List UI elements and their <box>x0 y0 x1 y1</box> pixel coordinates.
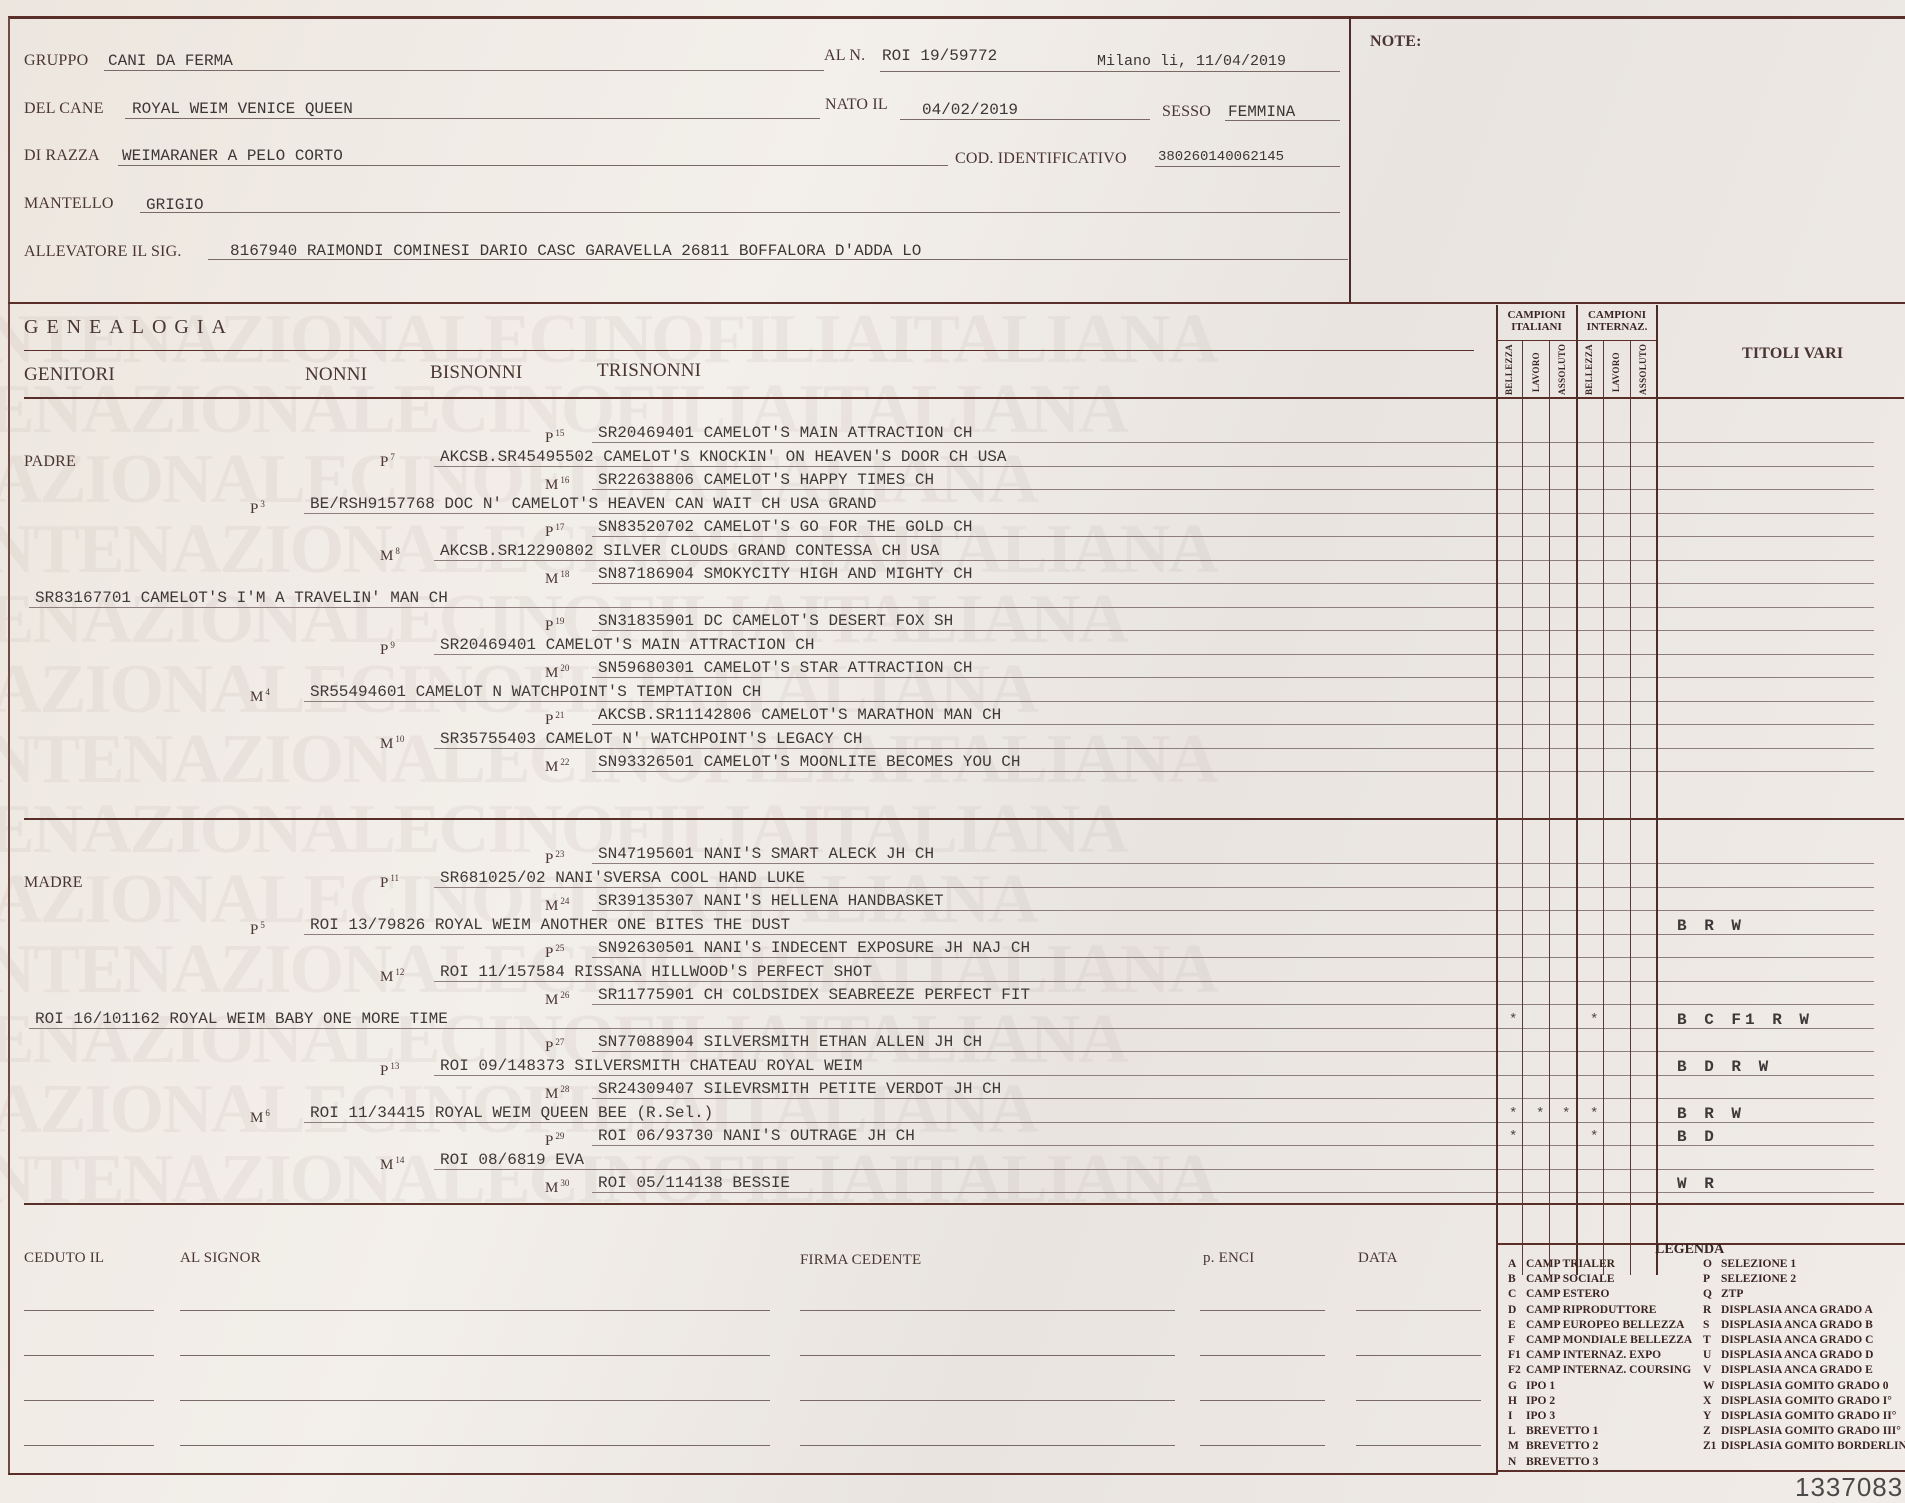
grid-line <box>1656 305 1658 1275</box>
ancestor-number: 18 <box>560 569 569 579</box>
legend-item: HIPO 2 <box>1508 1394 1692 1409</box>
col-nonni: NONNI <box>305 364 367 386</box>
ancestor-number: 12 <box>395 967 404 977</box>
legend-item: WDISPLASIA GOMITO GRADO 0 <box>1703 1379 1905 1394</box>
legend-key: F2 <box>1508 1363 1526 1378</box>
ancestor-position-tag: M8 <box>380 546 400 565</box>
legend-description: SELEZIONE 1 <box>1721 1258 1796 1270</box>
ancestor-number: 13 <box>390 1061 399 1071</box>
ancestor-number: 29 <box>555 1131 564 1141</box>
legend-item: ECAMP EUROPEO BELLEZZA <box>1508 1318 1692 1333</box>
ancestor-sex-tag: M <box>380 548 393 564</box>
subcol-assoluto-int: ASSOLUTO <box>1638 345 1648 395</box>
titoli-vari-value: B R W <box>1677 1105 1745 1123</box>
ancestor-underline <box>592 583 1874 584</box>
ancestor-sex-tag: M <box>545 1180 558 1196</box>
cod-identificativo-label: COD. IDENTIFICATIVO <box>955 150 1127 168</box>
legend-item: ZDISPLASIA GOMITO GRADO III° <box>1703 1424 1905 1439</box>
transfer-entry-line <box>24 1400 154 1401</box>
transfer-entry-line <box>1200 1400 1325 1401</box>
ancestor-underline <box>29 1028 1874 1029</box>
ancestor-number: 25 <box>555 943 564 953</box>
legend-description: DISPLASIA GOMITO BORDERLINE <box>1721 1440 1905 1452</box>
ancestor-underline <box>434 560 1874 561</box>
transfer-entry-line <box>1200 1310 1325 1311</box>
legend-item: TDISPLASIA ANCA GRADO C <box>1703 1333 1905 1348</box>
transfer-entry-line <box>800 1400 1175 1401</box>
ancestor-name: ROI 05/114138 BESSIE <box>598 1174 790 1192</box>
ancestor-position-tag: M16 <box>545 475 569 494</box>
ancestor-underline <box>592 630 1874 631</box>
legend-description: DISPLASIA ANCA GRADO D <box>1721 1349 1873 1361</box>
champion-star-icon: * <box>1509 1106 1517 1122</box>
note-label: NOTE: <box>1370 33 1422 51</box>
ancestor-number: 8 <box>395 546 400 556</box>
grid-line <box>1522 340 1523 1275</box>
underline <box>1225 120 1340 121</box>
legend-item: RDISPLASIA ANCA GRADO A <box>1703 1303 1905 1318</box>
legend-description: CAMP TRIALER <box>1526 1258 1615 1270</box>
ancestor-number: 24 <box>560 896 569 906</box>
grid-line <box>1603 340 1604 1275</box>
legend-description: CAMP MONDIALE BELLEZZA <box>1526 1334 1692 1346</box>
grid-line <box>1549 340 1550 1275</box>
ancestor-underline <box>592 957 1874 958</box>
ancestor-number: 26 <box>560 990 569 1000</box>
col-trisnonni: TRISNONNI <box>597 360 701 382</box>
ancestor-sex-tag: M <box>545 665 558 681</box>
ancestor-number: 6 <box>265 1108 270 1118</box>
ancestor-position-tag: M12 <box>380 967 404 986</box>
ancestor-position-tag: M4 <box>250 687 270 706</box>
legend-key: Z1 <box>1703 1439 1721 1454</box>
legend-description: IPO 3 <box>1526 1410 1555 1422</box>
ancestor-name: ROI 11/34415 ROYAL WEIM QUEEN BEE (R.Sel… <box>310 1104 713 1122</box>
legend-key: U <box>1703 1348 1721 1363</box>
col-genitori: GENITORI <box>24 364 115 386</box>
gruppo-label: GRUPPO <box>24 52 88 70</box>
ancestor-name: ROI 06/93730 NANI'S OUTRAGE JH CH <box>598 1127 915 1145</box>
serial-number: 1337083 <box>1795 1472 1903 1503</box>
ancestor-sex-tag: P <box>380 642 388 658</box>
ancestor-position-tag: M20 <box>545 663 569 682</box>
genealogy-title: GENEALOGIA <box>24 316 234 339</box>
legend-item: CCAMP ESTERO <box>1508 1287 1692 1302</box>
legend-item: SDISPLASIA ANCA GRADO B <box>1703 1318 1905 1333</box>
ancestor-name: SR39135307 NANI'S HELLENA HANDBASKET <box>598 892 944 910</box>
ancestor-number: 16 <box>560 475 569 485</box>
transfer-entry-line <box>180 1400 770 1401</box>
padre-label: PADRE <box>24 453 76 471</box>
legend-description: IPO 2 <box>1526 1395 1555 1407</box>
champion-star-icon: * <box>1536 1106 1544 1122</box>
legend-description: BREVETTO 3 <box>1526 1456 1598 1468</box>
legend-item: XDISPLASIA GOMITO GRADO I° <box>1703 1394 1905 1409</box>
del-cane-label: DEL CANE <box>24 100 104 118</box>
ancestor-underline <box>434 1169 1874 1170</box>
legend-item: Z1DISPLASIA GOMITO BORDERLINE <box>1703 1439 1905 1454</box>
ancestor-sex-tag: P <box>380 454 388 470</box>
legend-item: YDISPLASIA GOMITO GRADO II° <box>1703 1409 1905 1424</box>
ancestor-underline <box>434 466 1874 467</box>
ancestor-sex-tag: M <box>545 992 558 1008</box>
legend-left-column: ACAMP TRIALERBCAMP SOCIALECCAMP ESTERODC… <box>1508 1257 1692 1470</box>
ancestor-number: 4 <box>265 687 270 697</box>
ancestor-position-tag: P27 <box>545 1037 564 1056</box>
transfer-entry-line <box>180 1355 770 1356</box>
ancestor-underline <box>304 934 1874 935</box>
ancestor-sex-tag: M <box>250 689 263 705</box>
nato-il-label: NATO IL <box>825 96 888 114</box>
ancestor-position-tag: P11 <box>380 873 399 892</box>
ancestor-sex-tag: P <box>545 945 553 961</box>
legend-description: DISPLASIA ANCA GRADO B <box>1721 1319 1873 1331</box>
ancestor-position-tag: P3 <box>250 499 265 518</box>
transfer-entry-line <box>800 1310 1175 1311</box>
subcol-bellezza-int: BELLEZZA <box>1584 347 1594 395</box>
ancestor-name: AKCSB.SR12290802 SILVER CLOUDS GRAND CON… <box>440 542 939 560</box>
ancestor-sex-tag: P <box>545 712 553 728</box>
legend-key: N <box>1508 1455 1526 1470</box>
ancestor-sex-tag: M <box>250 1110 263 1126</box>
transfer-entry-line <box>1200 1445 1325 1446</box>
ancestor-number: 3 <box>260 499 265 509</box>
ancestor-number: 20 <box>560 663 569 673</box>
ancestor-position-tag: P7 <box>380 452 395 471</box>
ancestor-position-tag: P25 <box>545 943 564 962</box>
legend-item: IIPO 3 <box>1508 1409 1692 1424</box>
titoli-vari-value: B R W <box>1677 917 1745 935</box>
transfer-entry-line <box>24 1355 154 1356</box>
header-underline <box>24 397 1904 399</box>
ancestor-sex-tag: P <box>380 1063 388 1079</box>
legend-description: CAMP EUROPEO BELLEZZA <box>1526 1319 1684 1331</box>
ancestor-underline <box>592 771 1874 772</box>
transfer-entry-line <box>800 1445 1175 1446</box>
ancestor-underline <box>592 442 1874 443</box>
legend-description: BREVETTO 2 <box>1526 1440 1598 1452</box>
ancestor-sex-tag: M <box>380 736 393 752</box>
ancestor-sex-tag: P <box>380 875 388 891</box>
legend-item: DCAMP RIPRODUTTORE <box>1508 1303 1692 1318</box>
microchip-code: 380260140062145 <box>1158 149 1284 165</box>
ancestor-underline <box>434 654 1874 655</box>
subcol-bellezza-it: BELLEZZA <box>1504 347 1514 395</box>
grid-line <box>1576 305 1578 1275</box>
ancestor-underline <box>592 1051 1874 1052</box>
legend-key: E <box>1508 1318 1526 1333</box>
ancestor-sex-tag: P <box>545 1039 553 1055</box>
ancestor-sex-tag: P <box>545 618 553 634</box>
ancestor-sex-tag: M <box>380 969 393 985</box>
legend-item: VDISPLASIA ANCA GRADO E <box>1703 1363 1905 1378</box>
sesso-label: SESSO <box>1162 103 1211 121</box>
legend-description: DISPLASIA ANCA GRADO E <box>1721 1364 1873 1376</box>
ancestor-name: SN87186904 SMOKYCITY HIGH AND MIGHTY CH <box>598 565 972 583</box>
ancestor-position-tag: M28 <box>545 1084 569 1103</box>
ancestor-position-tag: P17 <box>545 522 564 541</box>
underline <box>880 71 1340 72</box>
di-razza-label: DI RAZZA <box>24 147 100 165</box>
ancestor-number: 10 <box>395 734 404 744</box>
ancestor-underline <box>434 748 1874 749</box>
subcol-assoluto-it: ASSOLUTO <box>1557 345 1567 395</box>
ancestor-number: 23 <box>555 849 564 859</box>
ancestor-name: ROI 08/6819 EVA <box>440 1151 584 1169</box>
subcol-lavoro-int: LAVORO <box>1611 352 1621 392</box>
ancestor-position-tag: P13 <box>380 1061 399 1080</box>
legend-key: D <box>1508 1303 1526 1318</box>
ancestor-number: 5 <box>260 920 265 930</box>
p-enci-label: p. ENCI <box>1203 1250 1254 1267</box>
ancestor-name: SN77088904 SILVERSMITH ETHAN ALLEN JH CH <box>598 1033 982 1051</box>
ancestor-number: 28 <box>560 1084 569 1094</box>
ancestor-name: SN83520702 CAMELOT'S GO FOR THE GOLD CH <box>598 518 972 536</box>
birth-date: 04/02/2019 <box>922 101 1018 119</box>
ancestor-name: ROI 16/101162 ROYAL WEIM BABY ONE MORE T… <box>35 1010 448 1028</box>
legend-right-column: OSELEZIONE 1PSELEZIONE 2QZTPRDISPLASIA A… <box>1703 1257 1905 1455</box>
transfer-entry-line <box>24 1310 154 1311</box>
breed-value: WEIMARANER A PELO CORTO <box>122 147 343 165</box>
legend-item: MBREVETTO 2 <box>1508 1439 1692 1454</box>
firma-cedente-label: FIRMA CEDENTE <box>800 1252 921 1269</box>
ancestor-sex-tag: P <box>250 922 258 938</box>
legend-key: O <box>1703 1257 1721 1272</box>
legend-key: Z <box>1703 1424 1721 1439</box>
transfer-entry-line <box>1356 1400 1481 1401</box>
al-signor-label: AL SIGNOR <box>180 1250 261 1267</box>
ancestor-position-tag: M22 <box>545 757 569 776</box>
ancestor-name: ROI 13/79826 ROYAL WEIM ANOTHER ONE BITE… <box>310 916 790 934</box>
legend-description: DISPLASIA GOMITO GRADO III° <box>1721 1425 1901 1437</box>
champion-star-icon: * <box>1590 1129 1598 1145</box>
legend-key: S <box>1703 1318 1721 1333</box>
legend-item: OSELEZIONE 1 <box>1703 1257 1905 1272</box>
ancestor-position-tag: P29 <box>545 1131 564 1150</box>
legend-item: GIPO 1 <box>1508 1379 1692 1394</box>
section-divider <box>8 302 1905 304</box>
legend-description: CAMP INTERNAZ. COURSING <box>1526 1364 1691 1376</box>
ancestor-name: SN93326501 CAMELOT'S MOONLITE BECOMES YO… <box>598 753 1020 771</box>
ancestor-number: 19 <box>555 616 564 626</box>
registration-number: ROI 19/59772 <box>882 47 997 65</box>
champion-star-icon: * <box>1590 1106 1598 1122</box>
ancestor-underline <box>592 910 1874 911</box>
ancestor-sex-tag: P <box>545 430 553 446</box>
legend-key: H <box>1508 1394 1526 1409</box>
legend-key: Y <box>1703 1409 1721 1424</box>
champion-star-icon: * <box>1509 1129 1517 1145</box>
ancestor-position-tag: M14 <box>380 1155 404 1174</box>
campioni-internaz-header: CAMPIONI INTERNAZ. <box>1578 309 1656 333</box>
legend-description: CAMP SOCIALE <box>1526 1273 1615 1285</box>
ancestor-sex-tag: P <box>545 851 553 867</box>
legend-description: DISPLASIA GOMITO GRADO 0 <box>1721 1380 1889 1392</box>
ancestor-sex-tag: P <box>545 524 553 540</box>
transfer-entry-line <box>180 1445 770 1446</box>
ancestor-underline <box>304 513 1874 514</box>
underline <box>1155 166 1340 167</box>
ancestor-number: 11 <box>390 873 399 883</box>
transfer-entry-line <box>800 1355 1175 1356</box>
ancestor-position-tag: P15 <box>545 428 564 447</box>
ancestor-name: SR83167701 CAMELOT'S I'M A TRAVELIN' MAN… <box>35 589 448 607</box>
legend-description: SELEZIONE 2 <box>1721 1273 1796 1285</box>
transfer-entry-line <box>24 1445 154 1446</box>
legend-description: BREVETTO 1 <box>1526 1425 1598 1437</box>
grid-line <box>1630 340 1631 1275</box>
legend-key: I <box>1508 1409 1526 1424</box>
legend-key: F1 <box>1508 1348 1526 1363</box>
ancestor-underline <box>304 1122 1874 1123</box>
transfer-entry-line <box>1356 1445 1481 1446</box>
ancestor-name: SR24309407 SILEVRSMITH PETITE VERDOT JH … <box>598 1080 1001 1098</box>
legend-item: PSELEZIONE 2 <box>1703 1272 1905 1287</box>
underline <box>118 165 948 166</box>
ancestor-sex-tag: M <box>545 1086 558 1102</box>
ancestor-position-tag: P23 <box>545 849 564 868</box>
al-n-label: AL N. <box>824 47 865 65</box>
transfer-entry-line <box>1356 1310 1481 1311</box>
ancestor-number: 14 <box>395 1155 404 1165</box>
ancestor-sex-tag: M <box>545 898 558 914</box>
legend-description: DISPLASIA GOMITO GRADO II° <box>1721 1410 1896 1422</box>
ancestor-sex-tag: P <box>250 501 258 517</box>
ancestor-number: 7 <box>390 452 395 462</box>
madre-label: MADRE <box>24 874 83 892</box>
underline <box>208 259 1348 260</box>
ancestor-sex-tag: M <box>380 1157 393 1173</box>
ancestor-name: AKCSB.SR45495502 CAMELOT'S KNOCKIN' ON H… <box>440 448 1007 466</box>
ancestor-underline <box>304 701 1874 702</box>
titoli-vari-value: B C F1 R W <box>1677 1011 1813 1029</box>
ancestor-name: SN59680301 CAMELOT'S STAR ATTRACTION CH <box>598 659 972 677</box>
legend-item: F2CAMP INTERNAZ. COURSING <box>1508 1363 1692 1378</box>
legend-key: X <box>1703 1394 1721 1409</box>
data-label: DATA <box>1358 1250 1398 1267</box>
legend-key: P <box>1703 1272 1721 1287</box>
legend-item: ACAMP TRIALER <box>1508 1257 1692 1272</box>
ancestor-position-tag: M26 <box>545 990 569 1009</box>
underline <box>125 118 820 119</box>
titoli-vari-value: B D R W <box>1677 1058 1772 1076</box>
legend-description: CAMP ESTERO <box>1526 1288 1609 1300</box>
legend-description: DISPLASIA GOMITO GRADO I° <box>1721 1395 1892 1407</box>
legend-description: CAMP RIPRODUTTORE <box>1526 1304 1656 1316</box>
underline <box>900 119 1150 120</box>
ancestor-position-tag: P5 <box>250 920 265 939</box>
legend-key: V <box>1703 1363 1721 1378</box>
ancestor-name: BE/RSH9157768 DOC N' CAMELOT'S HEAVEN CA… <box>310 495 877 513</box>
champion-star-icon: * <box>1590 1012 1598 1028</box>
padre-madre-divider <box>24 818 1904 820</box>
legend-key: W <box>1703 1379 1721 1394</box>
legend-description: ZTP <box>1721 1288 1743 1300</box>
header-divider <box>1349 16 1351 302</box>
ancestor-position-tag: M6 <box>250 1108 270 1127</box>
ancestor-underline <box>592 863 1874 864</box>
ancestor-name: SR35755403 CAMELOT N' WATCHPOINT'S LEGAC… <box>440 730 862 748</box>
ancestor-number: 21 <box>555 710 564 720</box>
grid-line <box>1496 305 1498 1475</box>
ancestor-underline <box>592 1004 1874 1005</box>
bottom-border <box>8 1473 1498 1475</box>
legend-description: CAMP INTERNAZ. EXPO <box>1526 1349 1661 1361</box>
col-bisnonni: BISNONNI <box>430 362 522 384</box>
ancestor-position-tag: M24 <box>545 896 569 915</box>
ancestor-position-tag: M18 <box>545 569 569 588</box>
place-date: Milano li, 11/04/2019 <box>1097 53 1286 70</box>
titoli-vari-value: W R <box>1677 1175 1718 1193</box>
ancestor-name: SR20469401 CAMELOT'S MAIN ATTRACTION CH <box>440 636 814 654</box>
legend-key: T <box>1703 1333 1721 1348</box>
ancestor-sex-tag: M <box>545 477 558 493</box>
legend-key: A <box>1508 1257 1526 1272</box>
ancestor-name: SR681025/02 NANI'SVERSA COOL HAND LUKE <box>440 869 805 887</box>
titoli-vari-header: TITOLI VARI <box>1742 345 1843 363</box>
transfer-entry-line <box>1356 1355 1481 1356</box>
champion-star-icon: * <box>1562 1106 1570 1122</box>
legend-description: DISPLASIA ANCA GRADO A <box>1721 1304 1873 1316</box>
ancestor-underline <box>592 1098 1874 1099</box>
ancestor-position-tag: M10 <box>380 734 404 753</box>
legend-key: F <box>1508 1333 1526 1348</box>
ancestor-position-tag: P21 <box>545 710 564 729</box>
legend-item: QZTP <box>1703 1287 1905 1302</box>
ancestor-position-tag: P9 <box>380 640 395 659</box>
legend-key: Q <box>1703 1287 1721 1302</box>
dog-name: ROYAL WEIM VENICE QUEEN <box>132 100 353 118</box>
breeder-value: 8167940 RAIMONDI COMINESI DARIO CASC GAR… <box>230 242 921 260</box>
ancestor-name: AKCSB.SR11142806 CAMELOT'S MARATHON MAN … <box>598 706 1001 724</box>
legend-key: B <box>1508 1272 1526 1287</box>
ancestor-name: SR20469401 CAMELOT'S MAIN ATTRACTION CH <box>598 424 972 442</box>
genealogy-bottom-line <box>24 1203 1904 1205</box>
mantello-label: MANTELLO <box>24 195 114 213</box>
legend-key: C <box>1508 1287 1526 1302</box>
underline <box>140 212 1340 213</box>
legend-item: LBREVETTO 1 <box>1508 1424 1692 1439</box>
champion-star-icon: * <box>1509 1012 1517 1028</box>
legend-key: R <box>1703 1303 1721 1318</box>
underline <box>104 70 824 71</box>
ancestor-number: 30 <box>560 1178 569 1188</box>
ancestor-sex-tag: M <box>545 571 558 587</box>
allevatore-label: ALLEVATORE IL SIG. <box>24 243 182 261</box>
ancestor-name: SR55494601 CAMELOT N WATCHPOINT'S TEMPTA… <box>310 683 761 701</box>
ancestor-underline <box>29 607 1874 608</box>
ancestor-position-tag: P19 <box>545 616 564 635</box>
ancestor-number: 17 <box>555 522 564 532</box>
ancestor-name: ROI 09/148373 SILVERSMITH CHATEAU ROYAL … <box>440 1057 862 1075</box>
ancestor-underline <box>592 536 1874 537</box>
sex-value: FEMMINA <box>1228 103 1295 121</box>
legend-description: IPO 1 <box>1526 1380 1555 1392</box>
ancestor-name: SR11775901 CH COLDSIDEX SEABREEZE PERFEC… <box>598 986 1030 1004</box>
legend-item: UDISPLASIA ANCA GRADO D <box>1703 1348 1905 1363</box>
ceduto-il-label: CEDUTO IL <box>24 1250 104 1267</box>
ancestor-name: SN47195601 NANI'S SMART ALECK JH CH <box>598 845 934 863</box>
legend-key: L <box>1508 1424 1526 1439</box>
ancestor-number: 15 <box>555 428 564 438</box>
ancestor-underline <box>592 677 1874 678</box>
ancestor-number: 27 <box>555 1037 564 1047</box>
legend-item: BCAMP SOCIALE <box>1508 1272 1692 1287</box>
title-underline <box>24 350 1474 351</box>
transfer-entry-line <box>180 1310 770 1311</box>
legend-description: DISPLASIA ANCA GRADO C <box>1721 1334 1873 1346</box>
ancestor-underline <box>592 724 1874 725</box>
